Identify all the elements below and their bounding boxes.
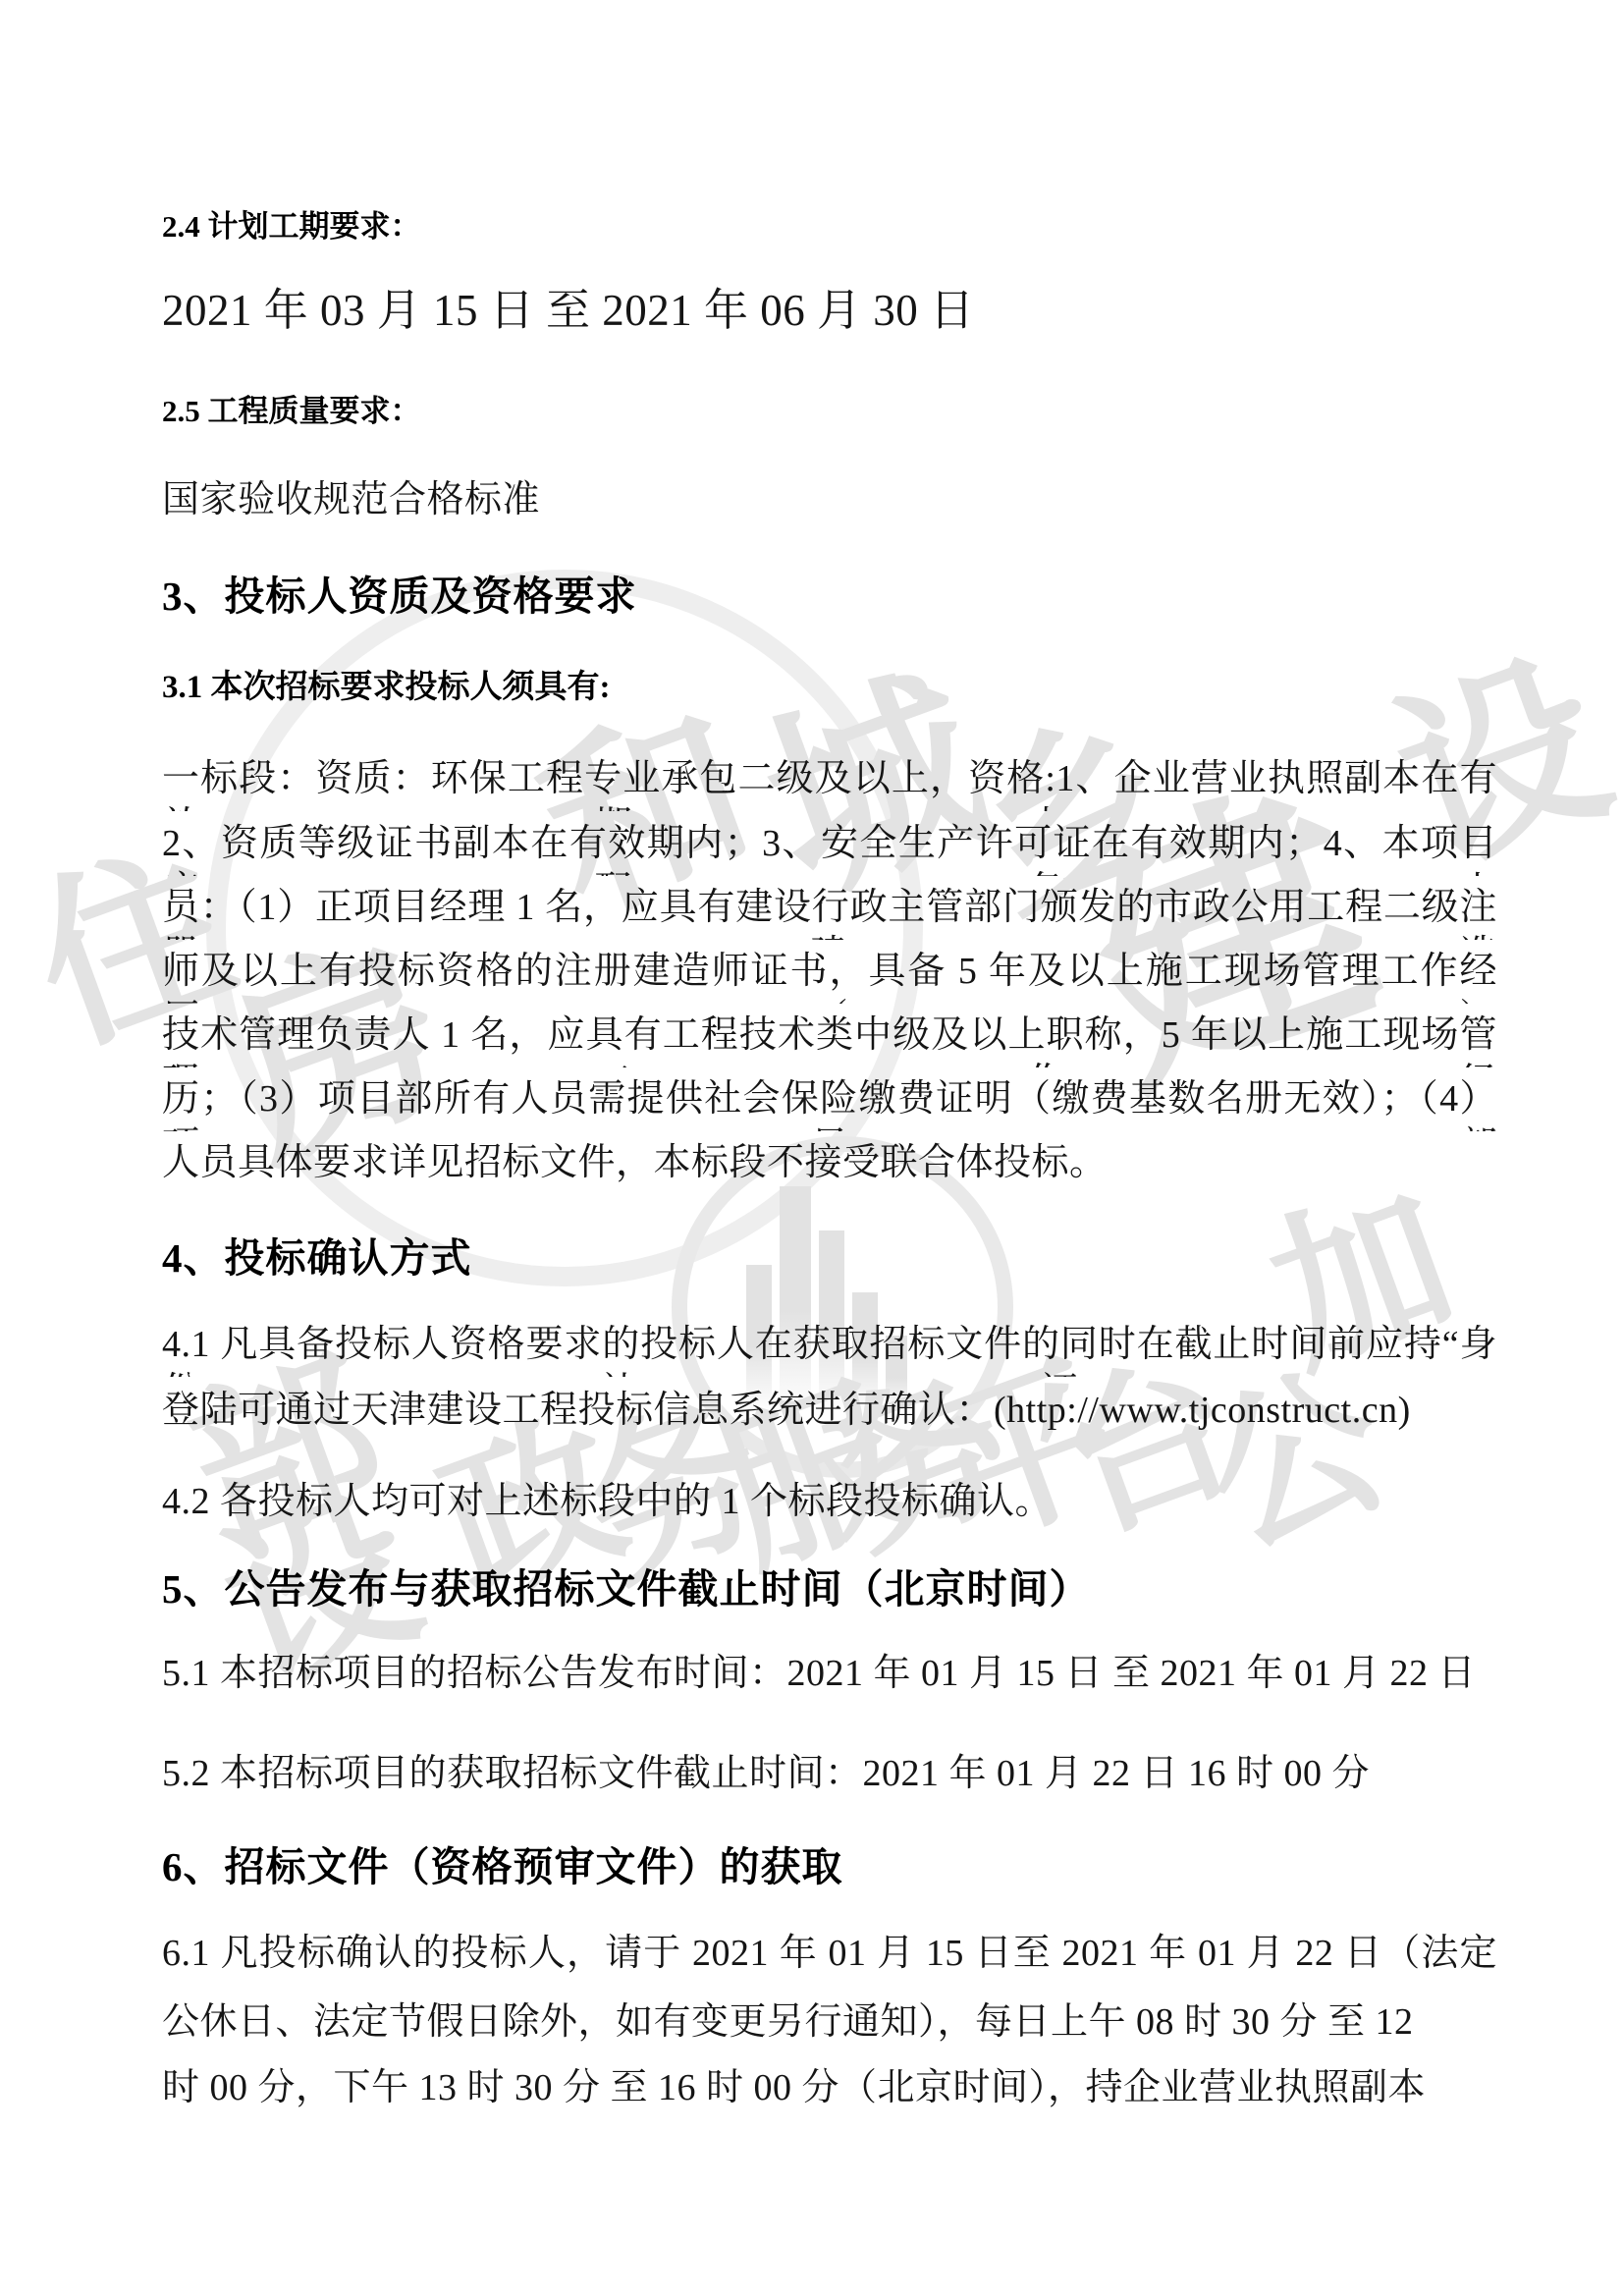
document-page: 住房和城乡建设部设政务服务平台加公 2.4 计划工期要求：2021 年 03 月… — [0, 0, 1623, 2296]
text-block-22: 公休日、法定节假日除外，如有变更另行通知），每日上午 08 时 30 分 至 1… — [162, 1999, 1414, 2047]
text-block-20: 6、招标文件（资格预审文件）的获取 — [162, 1842, 843, 1892]
watermark-char: 公 — [1185, 1350, 1405, 1570]
text-block-16: 4.2 各投标人均可对上述标段中的 1 个标段投标确认。 — [162, 1479, 1053, 1526]
text-block-10: 技术管理负责人 1 名，应具有工程技术类中级及以上职称，5 年以上施工现场管理工… — [162, 1012, 1497, 1067]
text-block-0: 2.4 计划工期要求： — [162, 208, 421, 246]
text-block-18: 5.1 本招标项目的招标公告发布时间：2021 年 01 月 15 日 至 20… — [162, 1651, 1476, 1698]
text-block-2: 2.5 工程质量要求： — [162, 393, 421, 431]
text-block-4: 3、投标人资质及资格要求 — [162, 572, 637, 622]
text-block-17: 5、公告发布与获取招标文件截止时间（北京时间） — [162, 1564, 1091, 1614]
text-block-5: 3.1 本次招标要求投标人须具有: — [162, 668, 611, 708]
text-block-3: 国家验收规范合格标准 — [162, 477, 540, 524]
text-block-11: 历；（3）项目部所有人员需提供社会保险缴费证明（缴费基数名册无效）；（4）项目部 — [162, 1076, 1497, 1131]
text-block-9: 师及以上有投标资格的注册建造师证书，具备 5 年及以上施工现场管理工作经历；（2… — [162, 949, 1497, 1004]
text-block-6: 一标段：资质：环保工程专业承包二级及以上，资格:1、企业营业执照副本在有效期内； — [162, 756, 1497, 811]
text-block-7: 2、资质等级证书副本在有效期内；3、安全生产许可证在有效期内；4、本项目应配备人 — [162, 821, 1497, 876]
text-block-19: 5.2 本招标项目的获取招标文件截止时间：2021 年 01 月 22 日 16… — [162, 1751, 1370, 1798]
text-block-12: 人员具体要求详见招标文件，本标段不接受联合体投标。 — [162, 1140, 1108, 1187]
text-block-14: 4.1 凡具备投标人资格要求的投标人在获取招标文件的同时在截止时间前应持“身份认… — [162, 1322, 1497, 1377]
text-block-21: 6.1 凡投标确认的投标人，请于 2021 年 01 月 15 日至 2021 … — [162, 1931, 1497, 1986]
text-block-23: 时 00 分，下午 13 时 30 分 至 16 时 00 分（北京时间），持企… — [162, 2065, 1426, 2112]
watermark-building-bar-icon — [780, 1186, 811, 1412]
text-block-8: 员：（1）正项目经理 1 名，应具有建设行政主管部门颁发的市政公用工程二级注册建… — [162, 885, 1497, 940]
text-block-15: 登陆可通过天津建设工程投标信息系统进行确认：(http://www.tjcons… — [162, 1388, 1411, 1435]
text-block-13: 4、投标确认方式 — [162, 1233, 472, 1284]
text-block-1: 2021 年 03 月 15 日 至 2021 年 06 月 30 日 — [162, 283, 975, 338]
